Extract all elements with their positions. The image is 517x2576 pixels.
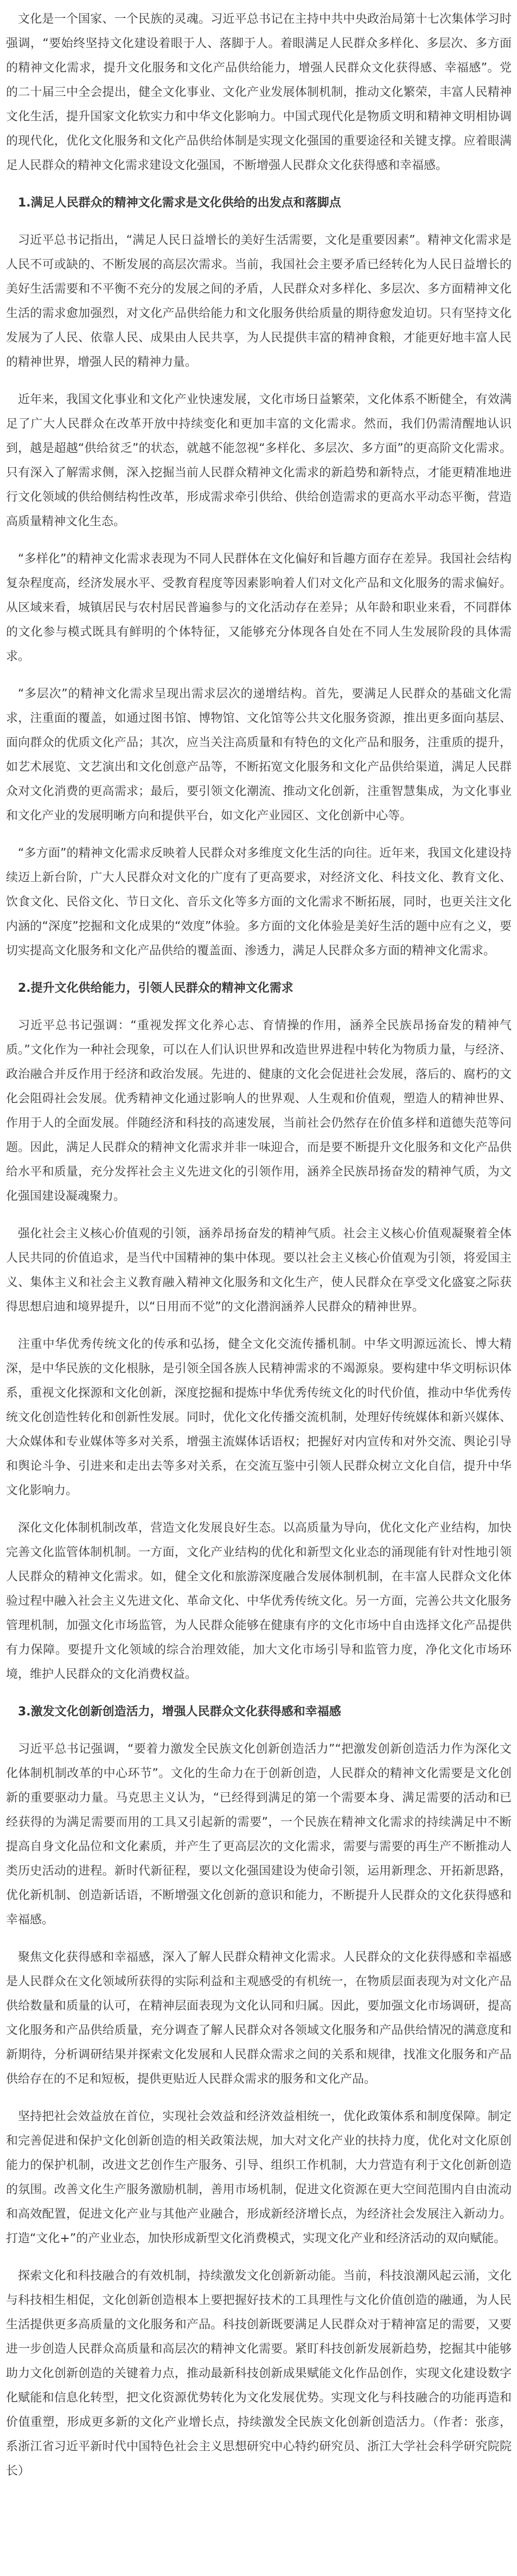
article-paragraph: 注重中华优秀传统文化的传承和弘扬，健全文化交流传播机制。中华文明源远流长、博大精… bbox=[6, 1332, 512, 1503]
article-paragraph: 习近平总书记强调，“要着力激发全民族文化创新创造活力”“把激发创新创造活力作为深… bbox=[6, 1737, 512, 1932]
article-paragraph: “多方面”的精神文化需求反映着人民群众对多维度文化生活的向往。近年来，我国文化建… bbox=[6, 841, 512, 963]
article-paragraph: 聚焦文化获得感和幸福感，深入了解人民群众精神文化需求。人民群众的文化获得感和幸福… bbox=[6, 1945, 512, 2091]
article-paragraph: 深化文化体制机制改革，营造文化发展良好生态。以高质量为导向，优化文化产业结构，加… bbox=[6, 1516, 512, 1687]
article-paragraph: 近年来，我国文化事业和文化产业快速发展，文化市场日益繁荣，文化体系不断健全，有效… bbox=[6, 388, 512, 534]
section-heading: 3.激发文化创新创造活力，增强人民群众文化获得感和幸福感 bbox=[6, 1700, 512, 1724]
article-paragraph: “多样化”的精神文化需求表现为不同人民群体在文化偏好和旨趣方面存在差异。我国社会… bbox=[6, 547, 512, 669]
article-body: 文化是一个国家、一个民族的灵魂。习近平总书记在主持中共中央政治局第十七次集体学习… bbox=[0, 0, 517, 2503]
article-paragraph: 强化社会主义核心价值观的引领，涵养昂扬奋发的精神气质。社会主义核心价值观凝聚着全… bbox=[6, 1222, 512, 1319]
section-heading: 2.提升文化供给能力，引领人民群众的精神文化需求 bbox=[6, 976, 512, 1000]
article-paragraph: 习近平总书记强调：“重视发挥文化养心志、育情操的作用，涵养全民族昂扬奋发的精神气… bbox=[6, 1013, 512, 1209]
article-paragraph: “多层次”的精神文化需求呈现出需求层次的递增结构。首先，要满足人民群众的基础文化… bbox=[6, 682, 512, 828]
article-paragraph: 文化是一个国家、一个民族的灵魂。习近平总书记在主持中共中央政治局第十七次集体学习… bbox=[6, 7, 512, 178]
article-paragraph: 习近平总书记指出，“满足人民日益增长的美好生活需要，文化是重要因素”。精神文化需… bbox=[6, 228, 512, 375]
section-heading: 1.满足人民群众的精神文化需求是文化供给的出发点和落脚点 bbox=[6, 191, 512, 215]
article-paragraph: 探索文化和科技融合的有效机制，持续激发文化创新新动能。当前，科技浪潮风起云涌，文… bbox=[6, 2264, 512, 2483]
article-paragraph: 坚持把社会效益放在首位，实现社会效益和经济效益相统一，优化政策体系和制度保障。制… bbox=[6, 2104, 512, 2251]
